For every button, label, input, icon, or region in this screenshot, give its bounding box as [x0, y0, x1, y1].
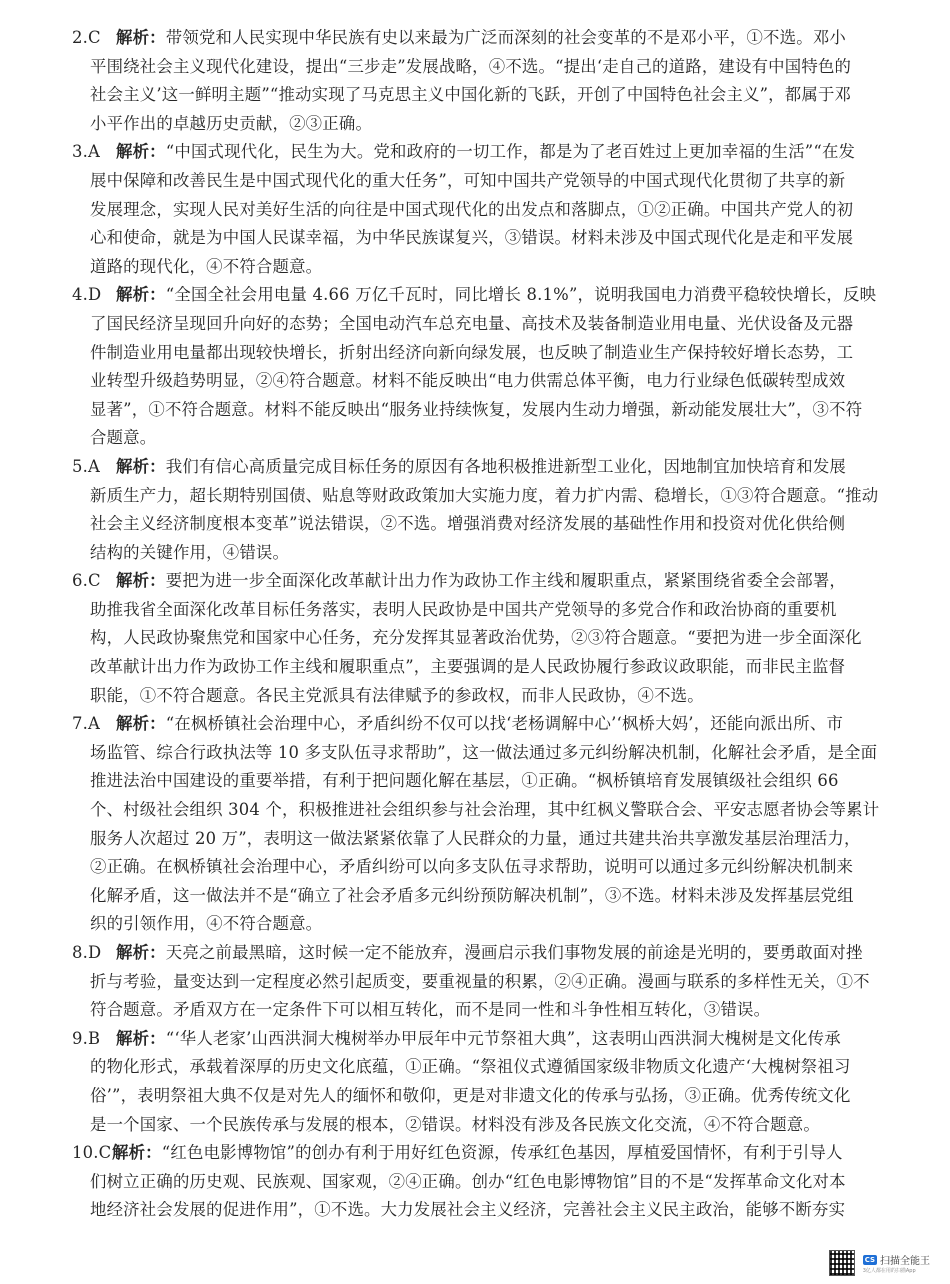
line-text: 改革献计出力作为政协工作主线和履职重点”，主要强调的是人民政协履行参政议政职能，…	[90, 657, 845, 676]
answer-item: 4.D解析：“全国全社会用电量 4.66 万亿千瓦时，同比增长 8.1%”，说明…	[0, 281, 950, 453]
answer-line: 构，人民政协聚焦党和国家中心任务，充分发挥其显著政治优势，②③符合题意。“要把为…	[0, 624, 950, 653]
line-text: 场监管、综合行政执法等 10 多支队伍寻求帮助”，这一做法通过多元纠纷解决机制，…	[90, 743, 877, 762]
question-number: 2.C	[72, 24, 116, 53]
line-text: 合题意。	[90, 428, 156, 447]
question-number: 4.D	[72, 281, 116, 310]
line-text: 显著”，①不符合题意。材料不能反映出“服务业持续恢复，发展内生动力增强，新动能发…	[90, 400, 862, 419]
qr-code-icon	[829, 1250, 855, 1276]
answer-item: 6.C解析：要把为进一步全面深化改革献计出力作为政协工作主线和履职重点，紧紧围绕…	[0, 567, 950, 710]
line-text: 是一个国家、一个民族传承与发展的根本，②错误。材料没有涉及各民族文化交流，④不符…	[90, 1115, 820, 1134]
answer-line: 职能，①不符合题意。各民主党派具有法律赋予的参政权，而非人民政协，④不选。	[0, 682, 950, 711]
line-text: 化解矛盾，这一做法并不是“确立了社会矛盾多元纠纷预防解决机制”，③不选。材料未涉…	[90, 886, 854, 905]
answer-explanations: 2.C解析：带领党和人民实现中华民族有史以来最为广泛而深刻的社会变革的不是邓小平…	[0, 24, 950, 1225]
answer-line: 展中保障和改善民生是中国式现代化的重大任务”，可知中国共产党领导的中国式现代化贯…	[0, 167, 950, 196]
answer-item: 5.A解析：我们有信心高质量完成目标任务的原因有各地积极推进新型工业化，因地制宜…	[0, 453, 950, 567]
answer-line: 道路的现代化，④不符合题意。	[0, 253, 950, 282]
question-number: 8.D	[72, 939, 116, 968]
scanner-watermark: CS 扫描全能王 3亿人都在用的扫描App	[829, 1250, 930, 1276]
answer-line: 发展理念，实现人民对美好生活的向往是中国式现代化的出发点和落脚点，①②正确。中国…	[0, 196, 950, 225]
answer-line: 社会主义经济制度根本变革”说法错误，②不选。增强消费对经济发展的基础性作用和投资…	[0, 510, 950, 539]
line-text: 个、村级社会组织 304 个，积极推进社会组织参与社会治理，其中红枫义警联合会、…	[90, 800, 879, 819]
line-text: 地经济社会发展的促进作用”，①不选。大力发展社会主义经济，完善社会主义民主政治，…	[90, 1200, 845, 1219]
answer-line: 们树立正确的历史观、民族观、国家观，②④正确。创办“红色电影博物馆”目的不是“发…	[0, 1168, 950, 1197]
analysis-label: 解析：	[116, 714, 166, 733]
brand-block: CS 扫描全能王 3亿人都在用的扫描App	[863, 1252, 930, 1274]
answer-line: 场监管、综合行政执法等 10 多支队伍寻求帮助”，这一做法通过多元纠纷解决机制，…	[0, 739, 950, 768]
analysis-label: 解析：	[112, 1143, 162, 1162]
line-text: 心和使命，就是为中国人民谋幸福，为中华民族谋复兴，③错误。材料未涉及中国式现代化…	[90, 228, 853, 247]
analysis-label: 解析：	[116, 285, 166, 304]
answer-line: 结构的关键作用，④错误。	[0, 539, 950, 568]
line-text: 助推我省全面深化改革目标任务落实，表明人民政协是中国共产党领导的多党合作和政治协…	[90, 600, 837, 619]
line-text: 职能，①不符合题意。各民主党派具有法律赋予的参政权，而非人民政协，④不选。	[90, 686, 704, 705]
question-number: 9.B	[72, 1025, 116, 1054]
answer-line: 业转型升级趋势明显，②④符合题意。材料不能反映出“电力供需总体平衡，电力行业绿色…	[0, 367, 950, 396]
line-text: “红色电影博物馆”的创办有利于用好红色资源，传承红色基因，厚植爱国情怀，有利于引…	[162, 1143, 843, 1162]
brand-name: 扫描全能王	[880, 1252, 930, 1267]
answer-line: 符合题意。矛盾双方在一定条件下可以相互转化，而不是同一性和斗争性相互转化，③错误…	[0, 996, 950, 1025]
answer-line: 服务人次超过 20 万”，表明这一做法紧紧依靠了人民群众的力量，通过共建共治共享…	[0, 825, 950, 854]
answer-item: 8.D解析：天亮之前最黑暗，这时候一定不能放弃，漫画启示我们事物发展的前途是光明…	[0, 939, 950, 1025]
answer-first-line: 6.C解析：要把为进一步全面深化改革献计出力作为政协工作主线和履职重点，紧紧围绕…	[0, 567, 950, 596]
answer-first-line: 4.D解析：“全国全社会用电量 4.66 万亿千瓦时，同比增长 8.1%”，说明…	[0, 281, 950, 310]
line-text: 结构的关键作用，④错误。	[90, 543, 289, 562]
answer-line: 推进法治中国建设的重要举措，有利于把问题化解在基层，①正确。“枫桥镇培育发展镇级…	[0, 767, 950, 796]
answer-item: 3.A解析：“中国式现代化，民生为大。党和政府的一切工作，都是为了老百姓过上更加…	[0, 138, 950, 281]
answer-line: 折与考验，量变达到一定程度必然引起质变，要重视量的积累，②④正确。漫画与联系的多…	[0, 968, 950, 997]
question-number: 10.C	[72, 1139, 112, 1168]
answer-item: 2.C解析：带领党和人民实现中华民族有史以来最为广泛而深刻的社会变革的不是邓小平…	[0, 24, 950, 138]
answer-first-line: 9.B解析：“‘华人老家’山西洪洞大槐树举办甲辰年中元节祭祖大典”，这表明山西洪…	[0, 1025, 950, 1054]
answer-line: 了国民经济呈现回升向好的态势；全国电动汽车总充电量、高技术及装备制造业用电量、光…	[0, 310, 950, 339]
line-text: 小平作出的卓越历史贡献，②③正确。	[90, 114, 372, 133]
line-text: 服务人次超过 20 万”，表明这一做法紧紧依靠了人民群众的力量，通过共建共治共享…	[90, 829, 861, 848]
analysis-label: 解析：	[116, 1029, 166, 1048]
question-number: 7.A	[72, 710, 116, 739]
question-number: 5.A	[72, 453, 116, 482]
answer-line: 小平作出的卓越历史贡献，②③正确。	[0, 110, 950, 139]
line-text: “‘华人老家’山西洪洞大槐树举办甲辰年中元节祭祖大典”，这表明山西洪洞大槐树是文…	[166, 1029, 841, 1048]
line-text: 符合题意。矛盾双方在一定条件下可以相互转化，而不是同一性和斗争性相互转化，③错误…	[90, 1000, 770, 1019]
answer-line: 合题意。	[0, 424, 950, 453]
line-text: 社会主义经济制度根本变革”说法错误，②不选。增强消费对经济发展的基础性作用和投资…	[90, 514, 845, 533]
answer-item: 9.B解析：“‘华人老家’山西洪洞大槐树举办甲辰年中元节祭祖大典”，这表明山西洪…	[0, 1025, 950, 1139]
line-text: ②正确。在枫桥镇社会治理中心，矛盾纠纷可以向多支队伍寻求帮助，说明可以通过多元纠…	[90, 857, 853, 876]
line-text: 发展理念，实现人民对美好生活的向往是中国式现代化的出发点和落脚点，①②正确。中国…	[90, 200, 853, 219]
answer-line: 改革献计出力作为政协工作主线和履职重点”，主要强调的是人民政协履行参政议政职能，…	[0, 653, 950, 682]
brand-subtitle: 3亿人都在用的扫描App	[863, 1267, 930, 1274]
line-text: 我们有信心高质量完成目标任务的原因有各地积极推进新型工业化，因地制宜加快培育和发…	[166, 457, 846, 476]
answer-line: 显著”，①不符合题意。材料不能反映出“服务业持续恢复，发展内生动力增强，新动能发…	[0, 396, 950, 425]
line-text: 推进法治中国建设的重要举措，有利于把问题化解在基层，①正确。“枫桥镇培育发展镇级…	[90, 771, 839, 790]
line-text: 件制造业用电量都出现较快增长，折射出经济向新向绿发展，也反映了制造业生产保持较好…	[90, 343, 853, 362]
answer-line: ②正确。在枫桥镇社会治理中心，矛盾纠纷可以向多支队伍寻求帮助，说明可以通过多元纠…	[0, 853, 950, 882]
answer-first-line: 3.A解析：“中国式现代化，民生为大。党和政府的一切工作，都是为了老百姓过上更加…	[0, 138, 950, 167]
analysis-label: 解析：	[116, 142, 166, 161]
line-text: 俗’”，表明祭祖大典不仅是对先人的缅怀和敬仰，更是对非遗文化的传承与弘扬，③正确…	[90, 1086, 851, 1105]
question-number: 3.A	[72, 138, 116, 167]
answer-line: 是一个国家、一个民族传承与发展的根本，②错误。材料没有涉及各民族文化交流，④不符…	[0, 1111, 950, 1140]
line-text: 业转型升级趋势明显，②④符合题意。材料不能反映出“电力供需总体平衡，电力行业绿色…	[90, 371, 845, 390]
answer-item: 7.A解析：“在枫桥镇社会治理中心，矛盾纠纷不仅可以找‘老杨调解中心’‘枫桥大妈…	[0, 710, 950, 939]
answer-line: 织的引领作用，④不符合题意。	[0, 910, 950, 939]
line-text: “全国全社会用电量 4.66 万亿千瓦时，同比增长 8.1%”，说明我国电力消费…	[166, 285, 876, 304]
camscanner-logo-icon: CS	[863, 1255, 877, 1265]
line-text: 新质生产力，超长期特别国债、贴息等财政政策加大实施力度，着力扩内需、稳增长，①③…	[90, 486, 878, 505]
line-text: 折与考验，量变达到一定程度必然引起质变，要重视量的积累，②④正确。漫画与联系的多…	[90, 972, 870, 991]
analysis-label: 解析：	[116, 571, 166, 590]
answer-first-line: 7.A解析：“在枫桥镇社会治理中心，矛盾纠纷不仅可以找‘老杨调解中心’‘枫桥大妈…	[0, 710, 950, 739]
answer-line: 化解矛盾，这一做法并不是“确立了社会矛盾多元纠纷预防解决机制”，③不选。材料未涉…	[0, 882, 950, 911]
answer-line: 件制造业用电量都出现较快增长，折射出经济向新向绿发展，也反映了制造业生产保持较好…	[0, 339, 950, 368]
answer-first-line: 5.A解析：我们有信心高质量完成目标任务的原因有各地积极推进新型工业化，因地制宜…	[0, 453, 950, 482]
answer-line: 的物化形式，承载着深厚的历史文化底蕴，①正确。“祭祖仪式遵循国家级非物质文化遗产…	[0, 1053, 950, 1082]
line-text: 带领党和人民实现中华民族有史以来最为广泛而深刻的社会变革的不是邓小平，①不选。邓…	[166, 28, 846, 47]
line-text: 织的引领作用，④不符合题意。	[90, 914, 322, 933]
answer-first-line: 8.D解析：天亮之前最黑暗，这时候一定不能放弃，漫画启示我们事物发展的前途是光明…	[0, 939, 950, 968]
answer-line: 地经济社会发展的促进作用”，①不选。大力发展社会主义经济，完善社会主义民主政治，…	[0, 1196, 950, 1225]
analysis-label: 解析：	[116, 457, 166, 476]
line-text: “中国式现代化，民生为大。党和政府的一切工作，都是为了老百姓过上更加幸福的生活”…	[166, 142, 855, 161]
line-text: 的物化形式，承载着深厚的历史文化底蕴，①正确。“祭祖仪式遵循国家级非物质文化遗产…	[90, 1057, 851, 1076]
answer-first-line: 10.C解析：“红色电影博物馆”的创办有利于用好红色资源，传承红色基因，厚植爱国…	[0, 1139, 950, 1168]
line-text: 了国民经济呈现回升向好的态势；全国电动汽车总充电量、高技术及装备制造业用电量、光…	[90, 314, 853, 333]
line-text: 社会主义’这一鲜明主题”“推动实现了马克思主义中国化新的飞跃，开创了中国特色社会…	[90, 85, 851, 104]
line-text: 天亮之前最黑暗，这时候一定不能放弃，漫画启示我们事物发展的前途是光明的，要勇敢面…	[166, 943, 863, 962]
line-text: 平围绕社会主义现代化建设，提出“三步走”发展战略，④不选。“提出‘走自己的道路，…	[90, 57, 851, 76]
analysis-label: 解析：	[116, 943, 166, 962]
line-text: 道路的现代化，④不符合题意。	[90, 257, 322, 276]
answer-line: 助推我省全面深化改革目标任务落实，表明人民政协是中国共产党领导的多党合作和政治协…	[0, 596, 950, 625]
line-text: 展中保障和改善民生是中国式现代化的重大任务”，可知中国共产党领导的中国式现代化贯…	[90, 171, 845, 190]
line-text: 们树立正确的历史观、民族观、国家观，②④正确。创办“红色电影博物馆”目的不是“发…	[90, 1172, 846, 1191]
answer-item: 10.C解析：“红色电影博物馆”的创办有利于用好红色资源，传承红色基因，厚植爱国…	[0, 1139, 950, 1225]
answer-line: 社会主义’这一鲜明主题”“推动实现了马克思主义中国化新的飞跃，开创了中国特色社会…	[0, 81, 950, 110]
line-text: 要把为进一步全面深化改革献计出力作为政协工作主线和履职重点，紧紧围绕省委全会部署…	[166, 571, 846, 590]
answer-line: 新质生产力，超长期特别国债、贴息等财政政策加大实施力度，着力扩内需、稳增长，①③…	[0, 482, 950, 511]
analysis-label: 解析：	[116, 28, 166, 47]
answer-line: 个、村级社会组织 304 个，积极推进社会组织参与社会治理，其中红枫义警联合会、…	[0, 796, 950, 825]
answer-line: 俗’”，表明祭祖大典不仅是对先人的缅怀和敬仰，更是对非遗文化的传承与弘扬，③正确…	[0, 1082, 950, 1111]
line-text: 构，人民政协聚焦党和国家中心任务，充分发挥其显著政治优势，②③符合题意。“要把为…	[90, 628, 862, 647]
answer-first-line: 2.C解析：带领党和人民实现中华民族有史以来最为广泛而深刻的社会变革的不是邓小平…	[0, 24, 950, 53]
line-text: “在枫桥镇社会治理中心，矛盾纠纷不仅可以找‘老杨调解中心’‘枫桥大妈’，还能向派…	[166, 714, 843, 733]
answer-line: 平围绕社会主义现代化建设，提出“三步走”发展战略，④不选。“提出‘走自己的道路，…	[0, 53, 950, 82]
answer-line: 心和使命，就是为中国人民谋幸福，为中华民族谋复兴，③错误。材料未涉及中国式现代化…	[0, 224, 950, 253]
question-number: 6.C	[72, 567, 116, 596]
